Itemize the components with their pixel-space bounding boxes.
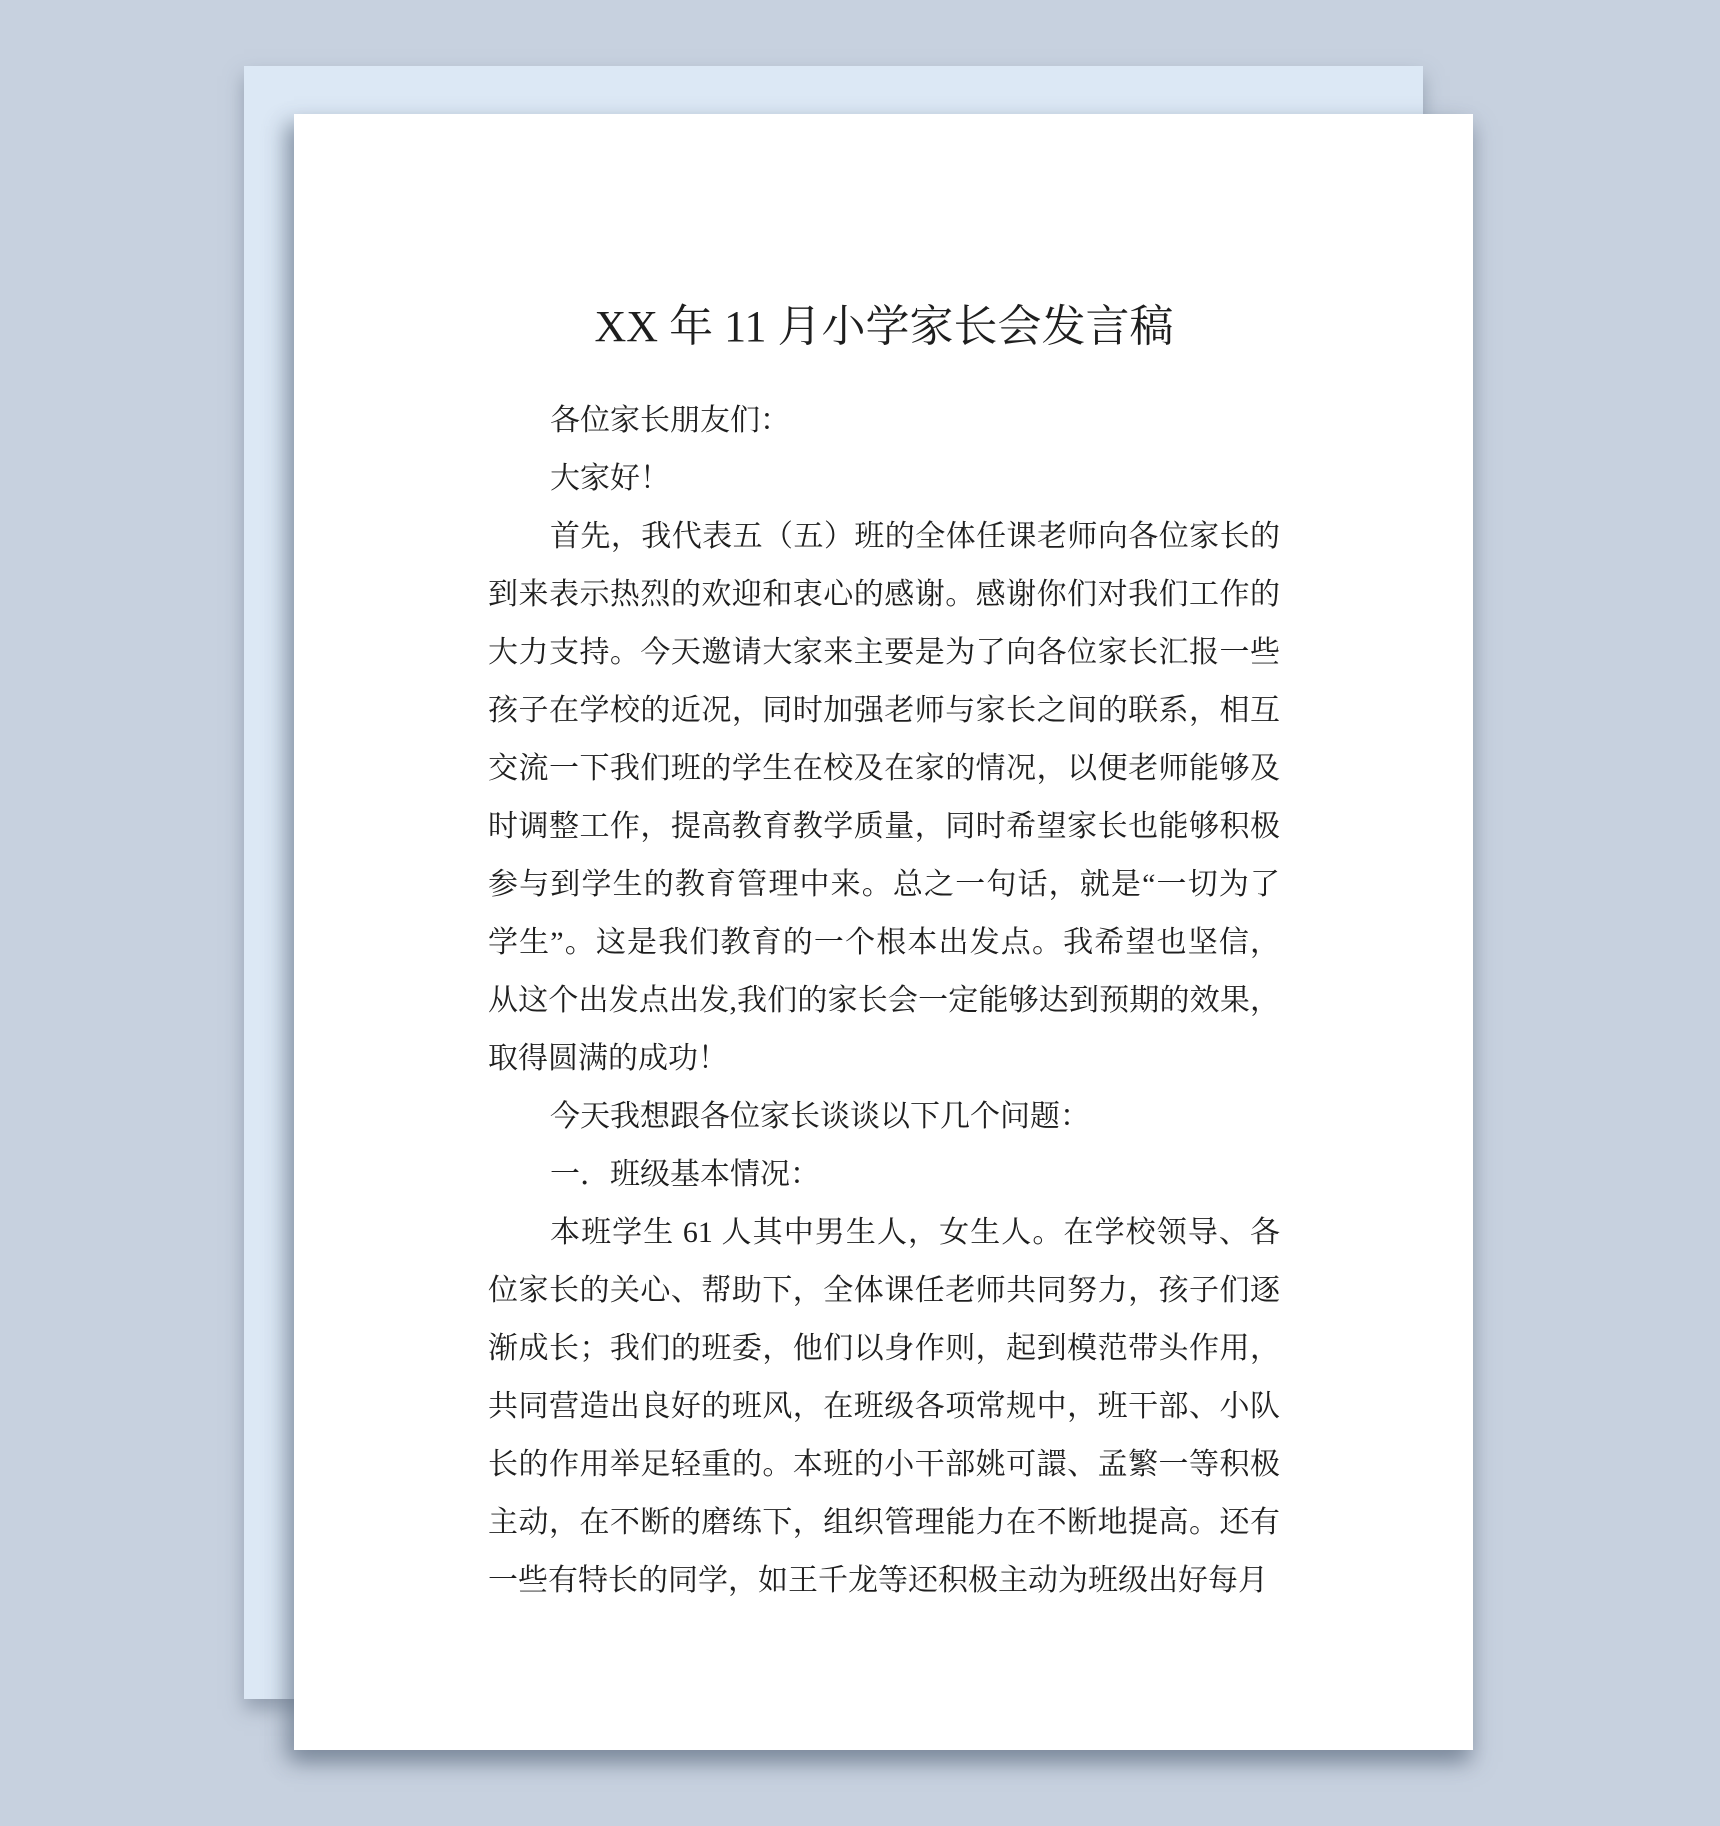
text-line: 主动，在不断的磨练下，组织管理能力在不断地提高。还有: [488, 1494, 1280, 1552]
document-body: 各位家长朋友们：大家好！首先，我代表五（五）班的全体任课老师向各位家长的到来表示…: [488, 392, 1280, 1610]
text-line: 从这个出发点出发,我们的家长会一定能够达到预期的效果，: [488, 972, 1280, 1030]
text-line: 各位家长朋友们：: [488, 392, 1280, 450]
text-line: 交流一下我们班的学生在校及在家的情况，以便老师能够及: [488, 740, 1280, 798]
text-line: 取得圆满的成功！: [488, 1030, 1280, 1088]
document-title: XX 年 11 月小学家长会发言稿: [488, 298, 1280, 356]
text-line: 一些有特长的同学，如王千龙等还积极主动为班级出好每月: [488, 1552, 1280, 1610]
text-line: 参与到学生的教育管理中来。总之一句话，就是“一切为了: [488, 856, 1280, 914]
document-page: XX 年 11 月小学家长会发言稿 各位家长朋友们：大家好！首先，我代表五（五）…: [294, 114, 1473, 1750]
text-line: 一．班级基本情况：: [488, 1146, 1280, 1204]
text-line: 孩子在学校的近况，同时加强老师与家长之间的联系，相互: [488, 682, 1280, 740]
text-line: 位家长的关心、帮助下，全体课任老师共同努力，孩子们逐: [488, 1262, 1280, 1320]
text-line: 长的作用举足轻重的。本班的小干部姚可譞、孟繁一等积极: [488, 1436, 1280, 1494]
text-line: 到来表示热烈的欢迎和衷心的感谢。感谢你们对我们工作的: [488, 566, 1280, 624]
text-line: 学生”。这是我们教育的一个根本出发点。我希望也坚信，: [488, 914, 1280, 972]
text-line: 首先，我代表五（五）班的全体任课老师向各位家长的: [488, 508, 1280, 566]
text-line: 时调整工作，提高教育教学质量，同时希望家长也能够积极: [488, 798, 1280, 856]
text-line: 渐成长；我们的班委，他们以身作则，起到模范带头作用，: [488, 1320, 1280, 1378]
text-line: 共同营造出良好的班风，在班级各项常规中，班干部、小队: [488, 1378, 1280, 1436]
text-line: 本班学生 61 人其中男生人，女生人。在学校领导、各: [488, 1204, 1280, 1262]
text-line: 大力支持。今天邀请大家来主要是为了向各位家长汇报一些: [488, 624, 1280, 682]
text-line: 今天我想跟各位家长谈谈以下几个问题：: [488, 1088, 1280, 1146]
text-line: 大家好！: [488, 450, 1280, 508]
desk-background: XX 年 11 月小学家长会发言稿 各位家长朋友们：大家好！首先，我代表五（五）…: [0, 0, 1720, 1826]
